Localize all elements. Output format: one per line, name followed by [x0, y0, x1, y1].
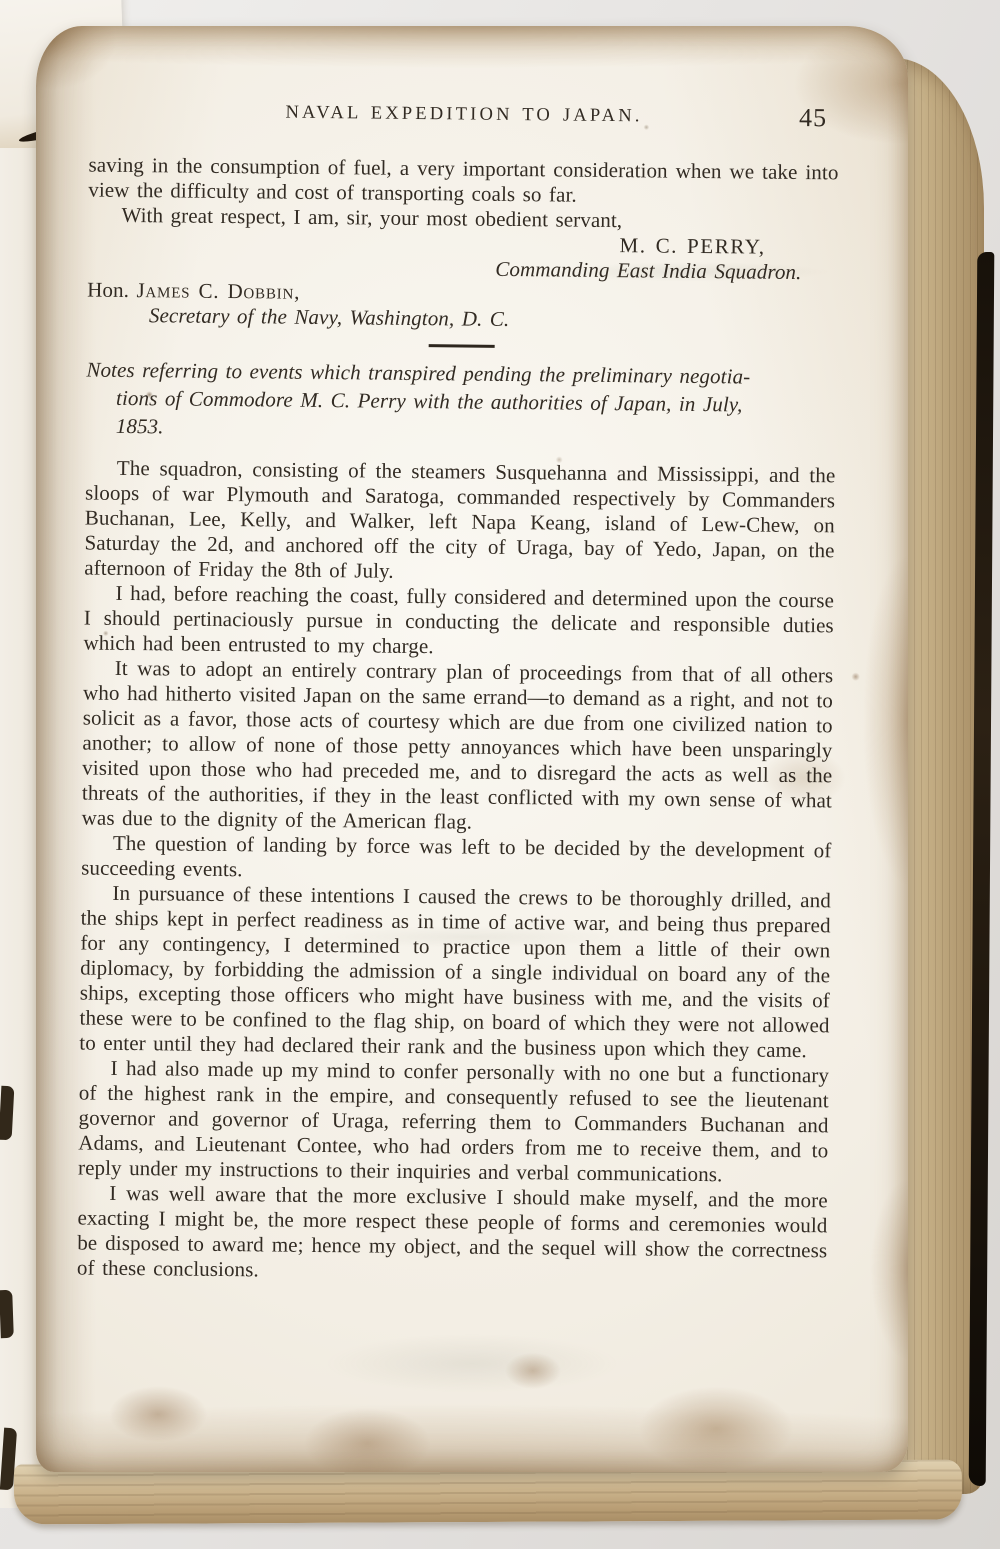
body-paragraph-6: I had also made up my mind to confer per…: [78, 1056, 829, 1189]
body-text: The squadron, consisting of the steamers…: [77, 456, 836, 1289]
letter-continuation: saving in the consumption of fuel, a ver…: [88, 153, 838, 211]
body-paragraph-2: I had, before reaching the coast, fully …: [83, 581, 834, 664]
photo-backdrop: NAVAL EXPEDITION TO JAPAN. 45 saving in …: [0, 0, 1000, 1549]
running-header-title: NAVAL EXPEDITION TO JAPAN.: [285, 103, 642, 127]
body-paragraph-3: It was to adopt an entirely contrary pla…: [82, 656, 834, 839]
body-paragraph-1: The squadron, consisting of the steamers…: [84, 456, 835, 589]
body-paragraph-7: I was well aware that the more exclusive…: [77, 1181, 828, 1289]
body-paragraph-4: The question of landing by force was lef…: [81, 831, 831, 889]
addressee-name: James C. Dobbin,: [136, 278, 300, 304]
book-page: NAVAL EXPEDITION TO JAPAN. 45 saving in …: [36, 26, 908, 1472]
note-heading: Notes referring to events which transpir…: [86, 356, 837, 448]
page-content: NAVAL EXPEDITION TO JAPAN. 45 saving in …: [23, 26, 908, 1289]
addressee-prefix: Hon.: [87, 278, 129, 302]
section-divider: [429, 344, 495, 348]
page-number: 45: [799, 106, 827, 130]
binding-thread: [0, 1290, 14, 1338]
running-header: NAVAL EXPEDITION TO JAPAN. 45: [89, 99, 839, 131]
body-paragraph-5: In pursuance of these intentions I cause…: [79, 881, 831, 1064]
letter-block: saving in the consumption of fuel, a ver…: [87, 153, 839, 336]
